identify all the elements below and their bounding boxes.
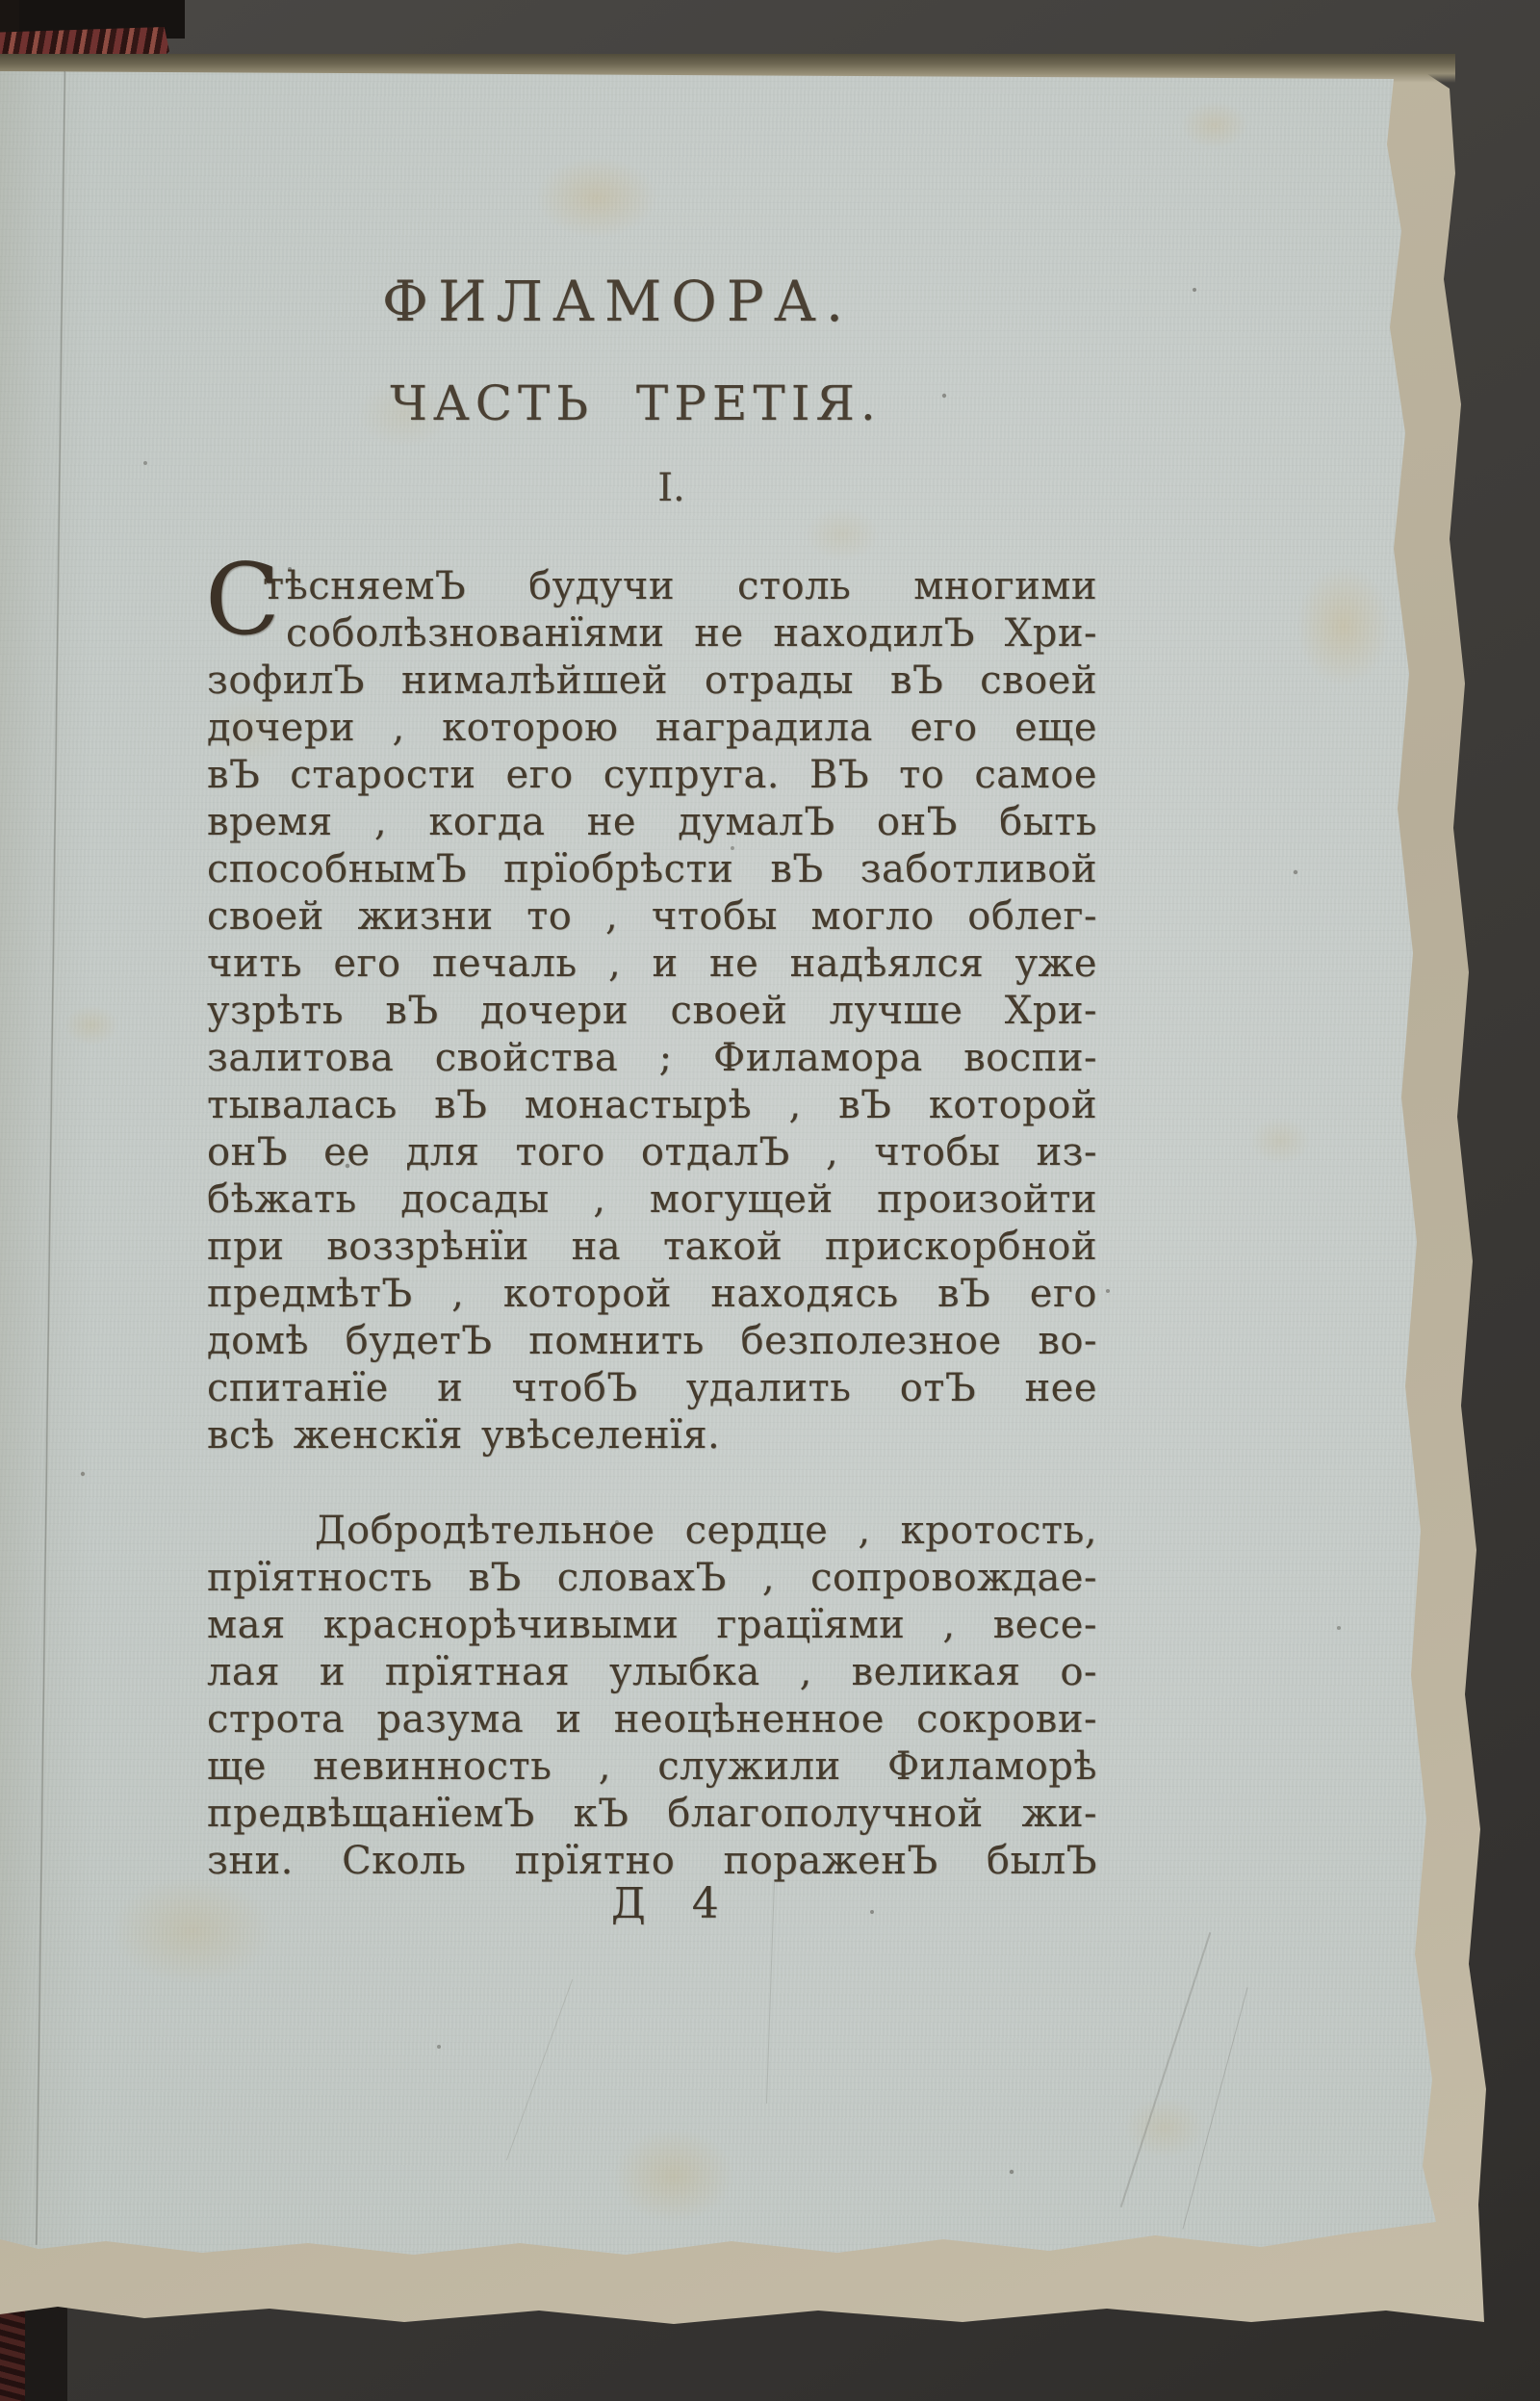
text-line: тѣсняемЪ будучи столь многими — [207, 563, 1097, 610]
part-heading: ЧАСТЬ ТРЕТІЯ. — [207, 377, 1097, 430]
text-line: бѣжать досады , могущей произойти — [207, 1176, 1097, 1224]
scanned-book-page: ФИЛАМОРА. ЧАСТЬ ТРЕТІЯ. I. С тѣсняемЪ бу… — [0, 0, 1540, 2401]
text-line: ще невинность , служили Филаморѣ — [207, 1743, 1097, 1791]
text-line: строта разума и неоцѣненное сокрови- — [207, 1696, 1097, 1743]
chapter-numeral: I. — [207, 467, 1097, 509]
text-line: прїятность вЪ словахЪ , сопровождае- — [207, 1555, 1097, 1602]
text-line: узрѣть вЪ дочери своей лучше Хри- — [207, 988, 1097, 1035]
text-line: соболѣзнованїями не находилЪ Хри- — [207, 610, 1097, 658]
text-line: зофилЪ нималѣйшей отрады вЪ своей — [207, 658, 1097, 705]
text-line: тывалась вЪ монастырѣ , вЪ которой — [207, 1082, 1097, 1129]
text-line: предвѣщанїемЪ кЪ благополучной жи- — [207, 1791, 1097, 1838]
text-line: при воззрѣнїи на такой прискорбной — [207, 1224, 1097, 1271]
text-line: вЪ старости его супруга. ВЪ то самое — [207, 752, 1097, 799]
text-line: время , когда не думалЪ онЪ быть — [207, 799, 1097, 846]
text-line: спитанїе и чтобЪ удалить отЪ нее — [207, 1365, 1097, 1412]
signature-mark: Д 4 — [611, 1879, 719, 1928]
text-line: домѣ будетЪ помнить безполезное во- — [207, 1318, 1097, 1365]
text-line: онЪ ее для того отдалЪ , чтобы из- — [207, 1129, 1097, 1176]
paragraph-1: С тѣсняемЪ будучи столь многими соболѣзн… — [207, 563, 1097, 1459]
text-line: всѣ женскїя увѣселенїя. — [207, 1412, 1097, 1459]
text-line: чить его печаль , и не надѣялся уже — [207, 941, 1097, 988]
paragraph-2: Добродѣтельное сердце , кротость, прїятн… — [207, 1508, 1097, 1885]
paper-specks — [0, 0, 2, 2]
book-title: ФИЛАМОРА. — [207, 271, 1097, 333]
text-line: мая краснорѣчивыми грацїями , весе- — [207, 1602, 1097, 1649]
drop-cap: С — [205, 552, 280, 650]
text-line: залитова свойства ; Филамора воспи- — [207, 1035, 1097, 1082]
text-line: дочери , которою наградила его еще — [207, 705, 1097, 752]
text-line: предмѣтЪ , которой находясь вЪ его — [207, 1271, 1097, 1318]
text-line: способнымЪ прїобрѣсти вЪ заботливой — [207, 846, 1097, 893]
text-line: зни. Сколь прїятно пораженЪ былЪ — [207, 1838, 1097, 1885]
text-line: своей жизни то , чтобы могло облег- — [207, 893, 1097, 941]
text-line: лая и прїятная улыбка , великая о- — [207, 1649, 1097, 1696]
text-line: Добродѣтельное сердце , кротость, — [207, 1508, 1097, 1555]
